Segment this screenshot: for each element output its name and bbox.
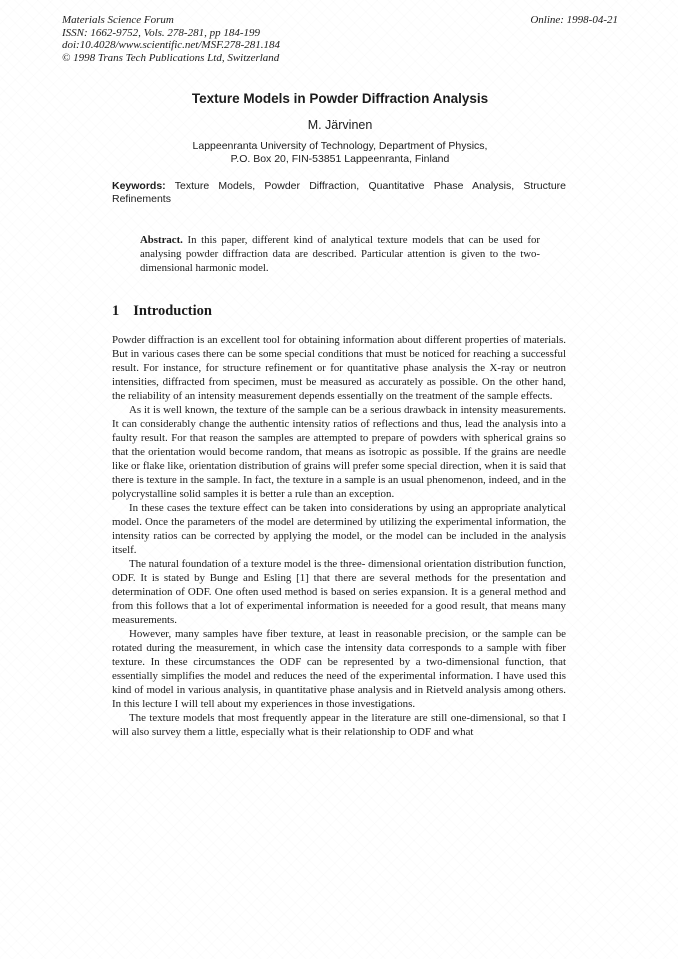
- affiliation-line-1: Lappeenranta University of Technology, D…: [62, 140, 618, 153]
- paper-page: Materials Science Forum ISSN: 1662-9752,…: [0, 0, 678, 959]
- affiliation-line-2: P.O. Box 20, FIN-53851 Lappeenranta, Fin…: [62, 153, 618, 166]
- body-text: Powder diffraction is an excellent tool …: [112, 333, 566, 739]
- copyright-line: © 1998 Trans Tech Publications Ltd, Swit…: [62, 52, 280, 65]
- paragraph: However, many samples have fiber texture…: [112, 627, 566, 711]
- online-date: Online: 1998-04-21: [530, 14, 618, 27]
- abstract-text: In this paper, different kind of analyti…: [140, 234, 540, 274]
- paragraph: Powder diffraction is an excellent tool …: [112, 333, 566, 403]
- author-name: M. Järvinen: [62, 118, 618, 132]
- paragraph: The texture models that most frequently …: [112, 711, 566, 739]
- page-header: Materials Science Forum ISSN: 1662-9752,…: [62, 14, 618, 64]
- paragraph: The natural foundation of a texture mode…: [112, 557, 566, 627]
- paragraph: As it is well known, the texture of the …: [112, 403, 566, 501]
- section-number: 1: [112, 303, 119, 319]
- doi-line: doi:10.4028/www.scientific.net/MSF.278-2…: [62, 39, 280, 52]
- issn-line: ISSN: 1662-9752, Vols. 278-281, pp 184-1…: [62, 27, 280, 40]
- journal-name: Materials Science Forum: [62, 14, 280, 27]
- paragraph: In these cases the texture effect can be…: [112, 501, 566, 557]
- abstract-label: Abstract.: [140, 234, 183, 246]
- section-heading-introduction: 1Introduction: [112, 303, 566, 319]
- journal-info-block: Materials Science Forum ISSN: 1662-9752,…: [62, 14, 280, 64]
- abstract-block: Abstract. In this paper, different kind …: [140, 233, 540, 275]
- keywords-text: Texture Models, Powder Diffraction, Quan…: [112, 180, 566, 205]
- keywords-label: Keywords:: [112, 180, 166, 192]
- affiliation: Lappeenranta University of Technology, D…: [62, 140, 618, 166]
- paper-title: Texture Models in Powder Diffraction Ana…: [62, 91, 618, 106]
- section-title: Introduction: [133, 303, 212, 319]
- keywords-block: Keywords: Texture Models, Powder Diffrac…: [112, 180, 566, 205]
